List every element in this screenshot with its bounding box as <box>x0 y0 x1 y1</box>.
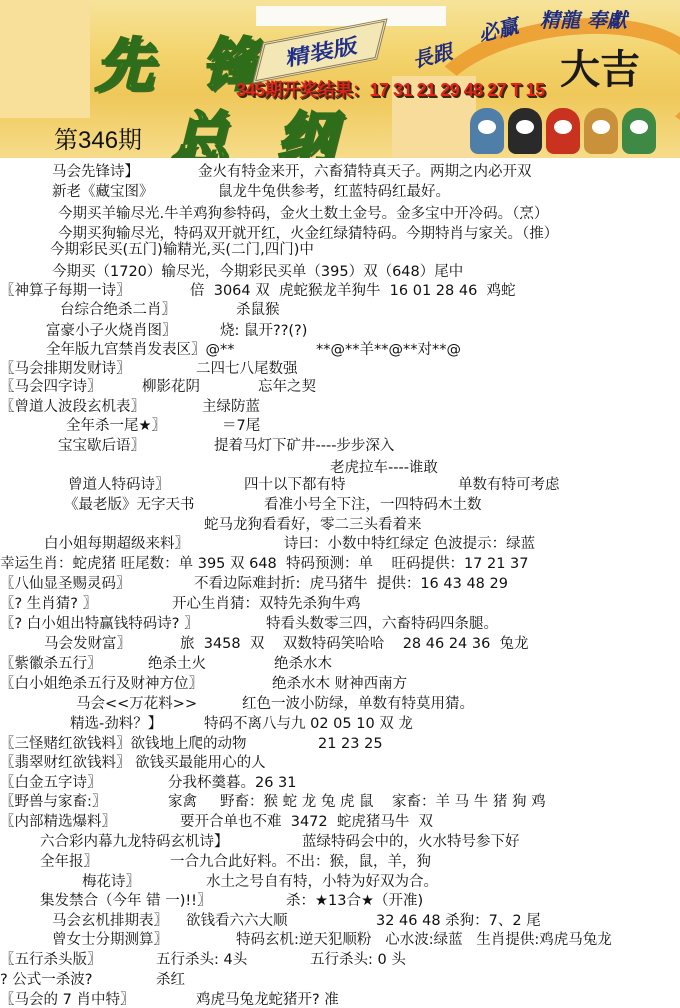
content-line-value: 杀红 <box>156 970 185 990</box>
content-line-value: 要开合单也不难 3472 蛇虎猪马牛 双 <box>180 812 433 832</box>
content-line-value: 绝杀水木 财神西南方 <box>272 674 407 694</box>
content-line-label: 新老《藏宝图》 <box>52 182 154 202</box>
content-line-value: 开心生肖猜：双特先杀狗牛鸡 <box>172 594 361 614</box>
content-line-label: 今期彩民买(五门)输精光,买(二门,四门)中 <box>50 240 314 260</box>
content-line-value: 二四七八尾数强 <box>196 359 298 379</box>
content-line-label: 《最老版》无字天书 <box>64 495 195 515</box>
content-line-value: 单数有特可考虑 <box>458 475 560 495</box>
content-line-value: 鼠龙牛兔供参考，红蓝特码红最好。 <box>218 182 450 202</box>
content-line-value: 分我杯羹暮。26 31 <box>168 773 297 793</box>
content-line-label: 马会发财富〗 <box>44 634 131 654</box>
content-line-label: 台综合绝杀二肖〗 <box>60 300 176 320</box>
content-line-value: 21 23 25 <box>318 734 383 754</box>
content-line-label: 今期买羊输尽光.牛羊鸡狗参特码，金火土数土金号。金多宝中开冷码。（烹） <box>58 204 548 224</box>
mascot-yellow-icon <box>584 108 618 154</box>
content-line-label: 蛇马龙狗看看好，零二三头看着来 <box>204 515 422 535</box>
banner-pale-block-left <box>0 0 90 118</box>
content-line-label: 曾女士分期测算〗 <box>52 930 168 950</box>
content-line-value: 鸡虎马兔龙蛇猪开? 准 <box>196 990 339 1008</box>
mascot-group <box>470 108 656 154</box>
content-line-value: 特看头数零三四，六畜特码四条腿。 <box>266 614 498 634</box>
content-line-value: 32 46 48 杀狗：7、2 尾 <box>376 911 541 931</box>
content-line-value: 烧: 鼠开??(?) <box>220 321 307 341</box>
content-line-value: 柳影花阴 <box>142 377 200 397</box>
content-line-label: 幸运生肖：蛇虎猪 旺尾数：单 395 双 648 特码预测：单 旺码提供：17 … <box>0 554 529 574</box>
content-line-label: 〖白小姐绝杀五行及财神方位〗 <box>0 674 203 694</box>
content-line-value: 水土之号自有特，小特为好双为合。 <box>206 872 438 892</box>
banner-white-strip <box>256 6 446 26</box>
content-line-value: 四十以下都有特 <box>244 475 346 495</box>
content-line-value: 欲钱看六六大顺 <box>186 911 288 931</box>
mascot-blue-icon <box>470 108 504 154</box>
content-line-label: 〖马会排期发财诗〗 <box>0 359 131 379</box>
content-line-label: 精选-劲料？】 <box>70 714 162 734</box>
draw-result-text: 345期开奖结果：17 31 21 29 48 27 T 15 <box>236 76 545 102</box>
content-line-label: 〖神算子每期一诗〗 <box>0 281 131 301</box>
content-line-label: 宝宝歇后语〗 <box>58 436 145 456</box>
content-line-value: 杀鼠猴 <box>236 300 280 320</box>
content-line-label: 全年报〗 <box>40 852 98 872</box>
content-line-value: 旅 3458 双 双数特码笑哈哈 28 46 24 36 兔龙 <box>180 634 529 654</box>
content-line-label: 梅花诗〗 <box>82 872 140 892</box>
content-line-value: 绝杀土火 <box>148 654 206 674</box>
content-line-label: 〖马会的 7 肖中特〗 <box>0 990 134 1008</box>
content-line-label: 集发禁合（今年 错 一)!!〗 <box>40 891 212 911</box>
content-line-value: **@**羊**@**对**@ <box>316 340 461 360</box>
content-line-label: 〖翡翠财红欲钱料〗 欲钱买最能用心的人 <box>0 753 266 773</box>
content-line-value: 家禽 野畜：猴 蛇 龙 兔 虎 鼠 家畜：羊 马 牛 猪 狗 鸡 <box>168 792 546 812</box>
content-line-label: 全年版九宫禁肖发表区〗@** <box>46 340 235 360</box>
content-line-label: 〖? 生肖猜? 〗 <box>0 594 97 614</box>
mascot-black-icon <box>508 108 542 154</box>
content-line-label: 马会先锋诗】 <box>52 162 139 182</box>
content-line-value: 诗曰：小数中特红绿定 色波提示：绿蓝 <box>284 534 535 554</box>
content-line-label: 〖紫徽杀五行〗 <box>0 654 102 674</box>
content-line-label: 六合彩内幕九龙特码玄机诗】 <box>40 832 229 852</box>
content-line-label: 曾道人特码诗〗 <box>68 475 170 495</box>
header-banner: 先 锋 总 纲 精装版 長跟 必贏 精龍 奉獻 大吉 345期开奖结果：17 3… <box>0 0 680 158</box>
content-line-value: 一合九合此好料。不出：猴，鼠，羊，狗 <box>170 852 431 872</box>
issue-number: 第346期 <box>54 120 142 155</box>
content-line-label: 〖曾道人波段玄机表〗 <box>0 397 145 417</box>
content-line-value: 忘年之契 <box>258 377 316 397</box>
content-line-value: 提着马灯下矿井----步步深入 <box>214 436 394 456</box>
content-line-label: 〖野兽与家畜:〗 <box>0 792 106 812</box>
content-line-label: 富豪小子火烧肖图〗 <box>46 321 177 341</box>
content-line-label: 马会<<万花料>> <box>76 694 197 714</box>
content-line-label: 马会玄机排期表〗 <box>52 911 168 931</box>
content-line-value: 蓝绿特码会中的，火水特号参下好 <box>302 832 520 852</box>
content-line-label: 〖白金五字诗〗 <box>0 773 102 793</box>
content-line-value: 五行杀头: 4头 <box>156 950 247 970</box>
content-line-value: 杀：★13合★（开准) <box>286 891 423 911</box>
content-line-label: 白小姐每期超级来料〗 <box>44 534 189 554</box>
content-line-label: 〖三怪赌红欲钱料〗欲钱地上爬的动物 <box>0 734 247 754</box>
content-line-value: 特码玄机:逆天犯顺粉 心水波:绿蓝 生肖提供:鸡虎马兔龙 <box>236 930 612 950</box>
content-line-value: 特码不离八与九 02 05 10 双 龙 <box>204 714 413 734</box>
content-line-label: ? 公式一杀波? <box>0 970 93 990</box>
content-line-value: ＝7尾 <box>222 416 260 436</box>
content-line-label: 〖? 白小姐出特赢钱特码诗? 〗 <box>0 614 199 634</box>
content-line-label: 〖内部精选爆料〗 <box>0 812 116 832</box>
content-line-value: 绝杀水木 <box>274 654 332 674</box>
content-line-label: 〖五行杀头版〗 <box>0 950 102 970</box>
content-line-value: 不看边际难封折: 虎马猪牛 提供：16 43 48 29 <box>194 574 508 594</box>
content-line-label: 全年杀一尾★〗 <box>66 416 166 436</box>
content-line-label: 〖八仙显圣赐灵码〗 <box>0 574 131 594</box>
slogan-3: 精龍 奉獻 <box>540 4 627 33</box>
content-line-label: 今期买（1720）输尽光，今期彩民买单（395）双（648）尾中 <box>52 262 463 282</box>
content-line-label: 〖马会四字诗〗 <box>0 377 102 397</box>
content-line-value: 主绿防蓝 <box>202 397 260 417</box>
edition-label: 精装版 <box>281 30 360 71</box>
content-line-value: 金火有特金来开，六畜猜特真天子。两期之内必开双 <box>198 162 532 182</box>
content-line-value: 五行杀头: 0 头 <box>310 950 406 970</box>
content-line-value: 倍 3064 双 虎蛇猴龙羊狗牛 16 01 28 46 鸡蛇 <box>190 281 516 301</box>
mascot-red-icon <box>546 108 580 154</box>
content-line-value: 看准小号全下注，一四特码木土数 <box>264 495 482 515</box>
slogan-big: 大吉 <box>560 38 640 95</box>
content-line-label: 老虎拉车----谁敢 <box>330 458 438 478</box>
mascot-green-icon <box>622 108 656 154</box>
content-line-value: 红色一波小防绿，单数有特莫用猜。 <box>242 694 474 714</box>
